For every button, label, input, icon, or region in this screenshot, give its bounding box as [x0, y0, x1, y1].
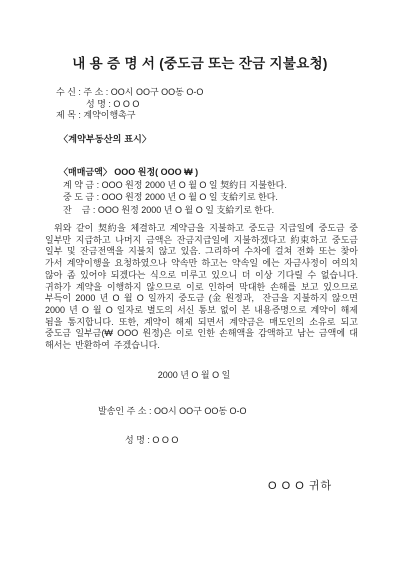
addressee-closing: O O O 귀하	[268, 477, 332, 493]
sender-address-line: 발송인 주 소 : OO시 OO구 OO동 O-O	[98, 404, 247, 417]
property-description-heading: 〈계약부동산의 표시〉	[59, 132, 151, 145]
certified-mail-document-page: 내 용 증 명 서 (중도금 또는 잔금 지불요청) 수 신 : 주 소 : O…	[0, 0, 400, 566]
document-title: 내 용 증 명 서 (중도금 또는 잔금 지불요청)	[0, 52, 400, 72]
document-date: 2000 년 O 월 O 일	[0, 368, 388, 381]
recipient-name-line: 성 명 : O O O	[56, 99, 203, 111]
down-payment-line: 계 약 금 : OOO 원정 2000 년 O 월 O 일 契約日 지불한다.	[59, 179, 287, 192]
balance-payment-line: 잔 금 : OOO 원정 2000 년 O 월 O 일 支給키로 한다.	[59, 204, 287, 217]
intermediate-payment-line: 중 도 금 : OOO 원정 2000 년 O 월 O 일 支給키로 한다.	[59, 191, 287, 204]
document-subject-line: 제 목 : 계약이행촉구	[56, 110, 203, 122]
document-body-paragraph: 위와 같이 契約을 체결하고 계약금을 지불하고 중도금 지급일에 중도금 중 …	[45, 223, 358, 352]
sender-name-line: 성 명 : O O O	[98, 433, 247, 446]
sender-block: 발송인 주 소 : OO시 OO구 OO동 O-O 성 명 : O O O	[98, 404, 247, 446]
sale-price-block: 〈매매금액〉 OOO 원정( OOO ₩ ) 계 약 금 : OOO 원정 20…	[59, 166, 287, 216]
recipient-address-line: 수 신 : 주 소 : OO시 OO구 OO동 O-O	[56, 87, 203, 99]
recipient-block: 수 신 : 주 소 : OO시 OO구 OO동 O-O 성 명 : O O O …	[56, 87, 203, 122]
sale-price-heading: 〈매매금액〉 OOO 원정( OOO ₩ )	[59, 166, 287, 179]
